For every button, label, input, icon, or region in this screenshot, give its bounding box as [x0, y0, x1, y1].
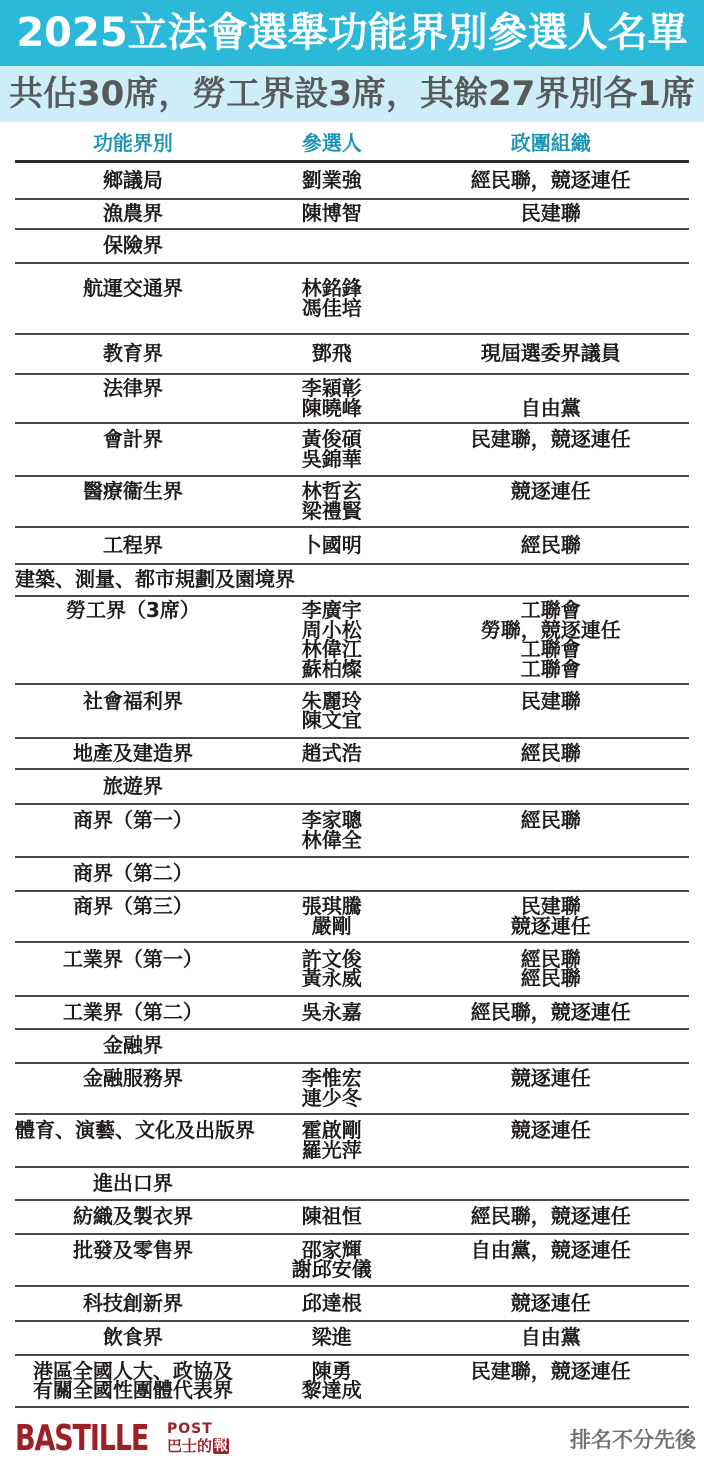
candidates-cell: 邵家輝謝邱安儀: [251, 1241, 413, 1280]
candidate-name: 陳曉峰: [251, 399, 413, 419]
table-row: 建築、測量、都市規劃及園境界: [15, 565, 689, 597]
category-cell: 地產及建造界: [15, 744, 251, 764]
table-row: 金融服務界李惟宏連少冬競逐連任: [15, 1064, 689, 1115]
category-label: 有關全國性團體代表界: [15, 1381, 251, 1401]
table-row: 醫療衞生界林哲玄梁禮賢競逐連任: [15, 477, 689, 528]
category-cell: 進出口界: [15, 1174, 251, 1194]
table-row: 金融界: [15, 1030, 689, 1064]
category-cell: 鄉議局: [15, 171, 251, 191]
table-row: 鄉議局劉業強經民聯，競逐連任: [15, 163, 689, 200]
category-cell: 法律界: [15, 379, 251, 399]
parties-cell: 經民聯經民聯: [413, 950, 689, 989]
table-row: 工業界（第二）吳永嘉經民聯，競逐連任: [15, 997, 689, 1030]
candidate-name: 馮佳培: [251, 299, 413, 319]
candidates-cell: 李穎彰陳曉峰: [251, 379, 413, 418]
category-label: 科技創新界: [15, 1294, 251, 1314]
candidate-name: 陳文宜: [251, 711, 413, 731]
candidates-table: 功能界別 參選人 政團組織 鄉議局劉業強經民聯，競逐連任漁農界陳博智民建聯保險界…: [0, 122, 704, 1408]
table-row: 進出口界: [15, 1168, 689, 1201]
table-row: 漁農界陳博智民建聯: [15, 200, 689, 230]
parties-cell: 民建聯競逐連任: [413, 897, 689, 936]
candidate-name: 吳錦華: [251, 450, 413, 470]
table-row: 會計界黃俊碩吳錦華民建聯，競逐連任: [15, 424, 689, 477]
table-row: 旅遊界: [15, 770, 689, 805]
table-row: 社會福利界朱麗玲陳文宜民建聯: [15, 685, 689, 739]
table-row: 商界（第一）李家聰林偉全經民聯: [15, 805, 689, 858]
subtitle-banner: 共佔30席，勞工界設3席，其餘27界別各1席: [0, 66, 704, 122]
candidate-name: 連少冬: [251, 1089, 413, 1109]
parties-cell: 自由黨，競逐連任: [413, 1241, 689, 1261]
party-label: 民建聯，競逐連任: [413, 1362, 689, 1382]
category-cell: 金融服務界: [15, 1069, 251, 1089]
category-cell: 科技創新界: [15, 1294, 251, 1314]
subtitle-text: 共佔30席，勞工界設3席，其餘27界別各1席: [9, 77, 695, 111]
category-label: 法律界: [15, 379, 251, 399]
parties-cell: 自由黨: [413, 1328, 689, 1348]
category-cell: 批發及零售界: [15, 1241, 251, 1261]
logo-right-block: POST 巴士的報: [167, 1422, 229, 1455]
candidate-name: 梁進: [251, 1328, 413, 1348]
party-label: 競逐連任: [413, 1069, 689, 1089]
category-label: 批發及零售界: [15, 1241, 251, 1261]
parties-cell: 競逐連任: [413, 1121, 689, 1141]
infographic-page: 2025立法會選舉功能界別參選人名單 共佔30席，勞工界設3席，其餘27界別各1…: [0, 0, 704, 1467]
table-row: 飲食界梁進自由黨: [15, 1322, 689, 1356]
table-row: 商界（第二）: [15, 858, 689, 892]
candidate-name: 謝邱安儀: [251, 1260, 413, 1280]
category-cell: 會計界: [15, 430, 251, 450]
parties-cell: 經民聯: [413, 811, 689, 831]
category-label: 商界（第二）: [15, 864, 251, 884]
parties-cell: 經民聯，競逐連任: [413, 1003, 689, 1023]
category-label: 工業界（第一）: [15, 950, 251, 970]
category-label: 金融界: [15, 1036, 251, 1056]
logo-post-text: POST: [167, 1422, 229, 1437]
bastille-post-logo: BASTILLE POST 巴士的報: [15, 1421, 229, 1457]
candidate-name: 梁禮賢: [251, 502, 413, 522]
candidates-cell: 黃俊碩吳錦華: [251, 430, 413, 469]
candidate-name: 林偉全: [251, 831, 413, 851]
parties-cell: 經民聯: [413, 744, 689, 764]
table-row: 批發及零售界邵家輝謝邱安儀自由黨，競逐連任: [15, 1235, 689, 1287]
category-label: 金融服務界: [15, 1069, 251, 1089]
candidates-cell: 陳祖恒: [251, 1207, 413, 1227]
party-label: 經民聯: [413, 811, 689, 831]
category-cell: 工業界（第一）: [15, 950, 251, 970]
table-row: 紡織及製衣界陳祖恒經民聯，競逐連任: [15, 1201, 689, 1235]
category-label: 商界（第三）: [15, 897, 251, 917]
parties-cell: 民建聯: [413, 692, 689, 712]
candidate-name: 吳永嘉: [251, 1003, 413, 1023]
category-cell: 工程界: [15, 536, 251, 556]
candidate-name: 黃永威: [251, 969, 413, 989]
candidates-cell: 陳博智: [251, 204, 413, 224]
logo-wordmark: BASTILLE: [15, 1421, 128, 1457]
candidate-name: 卜國明: [251, 536, 413, 556]
parties-cell: 經民聯: [413, 536, 689, 556]
category-label: 會計界: [15, 430, 251, 450]
candidates-cell: 鄧飛: [251, 344, 413, 364]
candidates-cell: 陳勇黎達成: [251, 1362, 413, 1401]
parties-cell: 民建聯: [413, 204, 689, 224]
party-label: 經民聯: [413, 744, 689, 764]
parties-cell: 自由黨: [413, 379, 689, 418]
candidates-cell: 許文俊黃永威: [251, 950, 413, 989]
party-label: 自由黨，競逐連任: [413, 1241, 689, 1261]
party-label: 民建聯: [413, 692, 689, 712]
candidates-cell: 卜國明: [251, 536, 413, 556]
party-label: 工聯會: [413, 660, 689, 680]
column-header-party: 政團組織: [413, 127, 689, 156]
category-label: 飲食界: [15, 1328, 251, 1348]
candidate-name: 黎達成: [251, 1381, 413, 1401]
table-row: 法律界李穎彰陳曉峰 自由黨: [15, 375, 689, 424]
candidates-cell: 李惟宏連少冬: [251, 1069, 413, 1108]
ranking-note: 排名不分先後: [570, 1424, 696, 1454]
party-label: 自由黨: [413, 399, 689, 419]
parties-cell: 競逐連任: [413, 482, 689, 502]
footer: BASTILLE POST 巴士的報 排名不分先後: [0, 1408, 704, 1467]
title-banner: 2025立法會選舉功能界別參選人名單: [0, 0, 704, 66]
category-cell: 金融界: [15, 1036, 251, 1056]
candidates-cell: 劉業強: [251, 171, 413, 191]
category-cell: 商界（第三）: [15, 897, 251, 917]
candidates-cell: 霍啟剛羅光萍: [251, 1121, 413, 1160]
category-label: 工業界（第二）: [15, 1003, 251, 1023]
category-cell: 建築、測量、都市規劃及園境界: [15, 570, 251, 590]
category-cell: 體育、演藝、文化及出版界: [15, 1121, 251, 1141]
party-label: 競逐連任: [413, 482, 689, 502]
table-row: 教育界鄧飛現屆選委界議員: [15, 335, 689, 375]
candidate-name: 劉業強: [251, 171, 413, 191]
category-cell: 社會福利界: [15, 692, 251, 712]
parties-cell: 工聯會勞聯，競逐連任工聯會工聯會: [413, 601, 689, 679]
candidate-name: 嚴剛: [251, 917, 413, 937]
table-body: 鄉議局劉業強經民聯，競逐連任漁農界陳博智民建聯保險界航運交通界林銘鋒馮佳培教育界…: [15, 163, 689, 1408]
candidate-name: 陳祖恒: [251, 1207, 413, 1227]
candidates-cell: 林哲玄梁禮賢: [251, 482, 413, 521]
table-row: 港區全國人大、政協及有關全國性團體代表界陳勇黎達成民建聯，競逐連任: [15, 1356, 689, 1408]
category-cell: 紡織及製衣界: [15, 1207, 251, 1227]
party-label: 民建聯，競逐連任: [413, 430, 689, 450]
parties-cell: 現屆選委界議員: [413, 344, 689, 364]
table-row: 保險界: [15, 230, 689, 264]
party-label: 民建聯: [413, 204, 689, 224]
candidates-cell: 邱達根: [251, 1294, 413, 1314]
column-header-candidates: 參選人: [251, 127, 413, 156]
category-label: 醫療衞生界: [15, 482, 251, 502]
category-cell: 旅遊界: [15, 777, 251, 797]
category-label: 商界（第一）: [15, 811, 251, 831]
parties-cell: 民建聯，競逐連任: [413, 1362, 689, 1382]
candidates-cell: 林銘鋒馮佳培: [251, 279, 413, 318]
candidate-name: 蘇柏燦: [251, 660, 413, 680]
table-row: 航運交通界林銘鋒馮佳培: [15, 264, 689, 335]
category-cell: 教育界: [15, 344, 251, 364]
party-label: 經民聯，競逐連任: [413, 1003, 689, 1023]
party-label: 競逐連任: [413, 1121, 689, 1141]
candidates-cell: 吳永嘉: [251, 1003, 413, 1023]
category-label: 進出口界: [15, 1174, 251, 1194]
category-label: 保險界: [15, 236, 251, 256]
category-label: 地產及建造界: [15, 744, 251, 764]
candidates-cell: 朱麗玲陳文宜: [251, 692, 413, 731]
candidates-cell: 張琪騰嚴剛: [251, 897, 413, 936]
parties-cell: 競逐連任: [413, 1069, 689, 1089]
category-label: 鄉議局: [15, 171, 251, 191]
party-label: 自由黨: [413, 1328, 689, 1348]
category-label: 紡織及製衣界: [15, 1207, 251, 1227]
parties-cell: 經民聯，競逐連任: [413, 1207, 689, 1227]
candidate-name: 陳博智: [251, 204, 413, 224]
candidates-cell: 李廣宇周小松林偉江蘇柏燦: [251, 601, 413, 679]
candidates-cell: 李家聰林偉全: [251, 811, 413, 850]
table-row: 工業界（第一）許文俊黃永威經民聯經民聯: [15, 943, 689, 997]
category-label: 旅遊界: [15, 777, 251, 797]
candidates-cell: 趙式浩: [251, 744, 413, 764]
category-label: 體育、演藝、文化及出版界: [15, 1121, 251, 1141]
parties-cell: 經民聯，競逐連任: [413, 171, 689, 191]
party-label: 競逐連任: [413, 917, 689, 937]
category-cell: 航運交通界: [15, 279, 251, 299]
category-cell: 勞工界（3席）: [15, 601, 251, 621]
table-row: 商界（第三）張琪騰嚴剛民建聯競逐連任: [15, 892, 689, 943]
category-cell: 飲食界: [15, 1328, 251, 1348]
table-row: 科技創新界邱達根競逐連任: [15, 1287, 689, 1322]
category-cell: 商界（第二）: [15, 864, 251, 884]
category-label: 工程界: [15, 536, 251, 556]
table-row: 勞工界（3席）李廣宇周小松林偉江蘇柏燦工聯會勞聯，競逐連任工聯會工聯會: [15, 597, 689, 685]
table-row: 工程界卜國明經民聯: [15, 528, 689, 565]
logo-chinese-boxed-char: 報: [213, 1438, 229, 1454]
category-cell: 漁農界: [15, 204, 251, 224]
table-row: 體育、演藝、文化及出版界霍啟剛羅光萍競逐連任: [15, 1115, 689, 1168]
logo-chinese-text: 巴士的: [167, 1437, 212, 1455]
candidate-name: 趙式浩: [251, 744, 413, 764]
category-cell: 商界（第一）: [15, 811, 251, 831]
page-title: 2025立法會選舉功能界別參選人名單: [16, 13, 687, 53]
party-label: 經民聯: [413, 969, 689, 989]
logo-chinese-name: 巴士的報: [167, 1437, 229, 1455]
category-label: 航運交通界: [15, 279, 251, 299]
category-cell: 工業界（第二）: [15, 1003, 251, 1023]
category-label: 漁農界: [15, 204, 251, 224]
party-label: 經民聯，競逐連任: [413, 1207, 689, 1227]
party-label: 競逐連任: [413, 1294, 689, 1314]
parties-cell: 民建聯，競逐連任: [413, 430, 689, 450]
parties-cell: 競逐連任: [413, 1294, 689, 1314]
party-label: 經民聯，競逐連任: [413, 171, 689, 191]
candidate-name: 邱達根: [251, 1294, 413, 1314]
table-row: 地產及建造界趙式浩經民聯: [15, 739, 689, 770]
category-label: 勞工界（3席）: [15, 601, 251, 621]
category-label: 建築、測量、都市規劃及園境界: [15, 570, 251, 590]
candidate-name: 羅光萍: [251, 1141, 413, 1161]
table-header-row: 功能界別 參選人 政團組織: [15, 122, 689, 163]
party-label: 經民聯: [413, 536, 689, 556]
category-cell: 保險界: [15, 236, 251, 256]
column-header-constituency: 功能界別: [15, 127, 251, 156]
category-label: 社會福利界: [15, 692, 251, 712]
candidates-cell: 梁進: [251, 1328, 413, 1348]
category-cell: 醫療衞生界: [15, 482, 251, 502]
party-label: 現屆選委界議員: [413, 344, 689, 364]
candidate-name: 鄧飛: [251, 344, 413, 364]
category-cell: 港區全國人大、政協及有關全國性團體代表界: [15, 1362, 251, 1401]
category-label: 教育界: [15, 344, 251, 364]
